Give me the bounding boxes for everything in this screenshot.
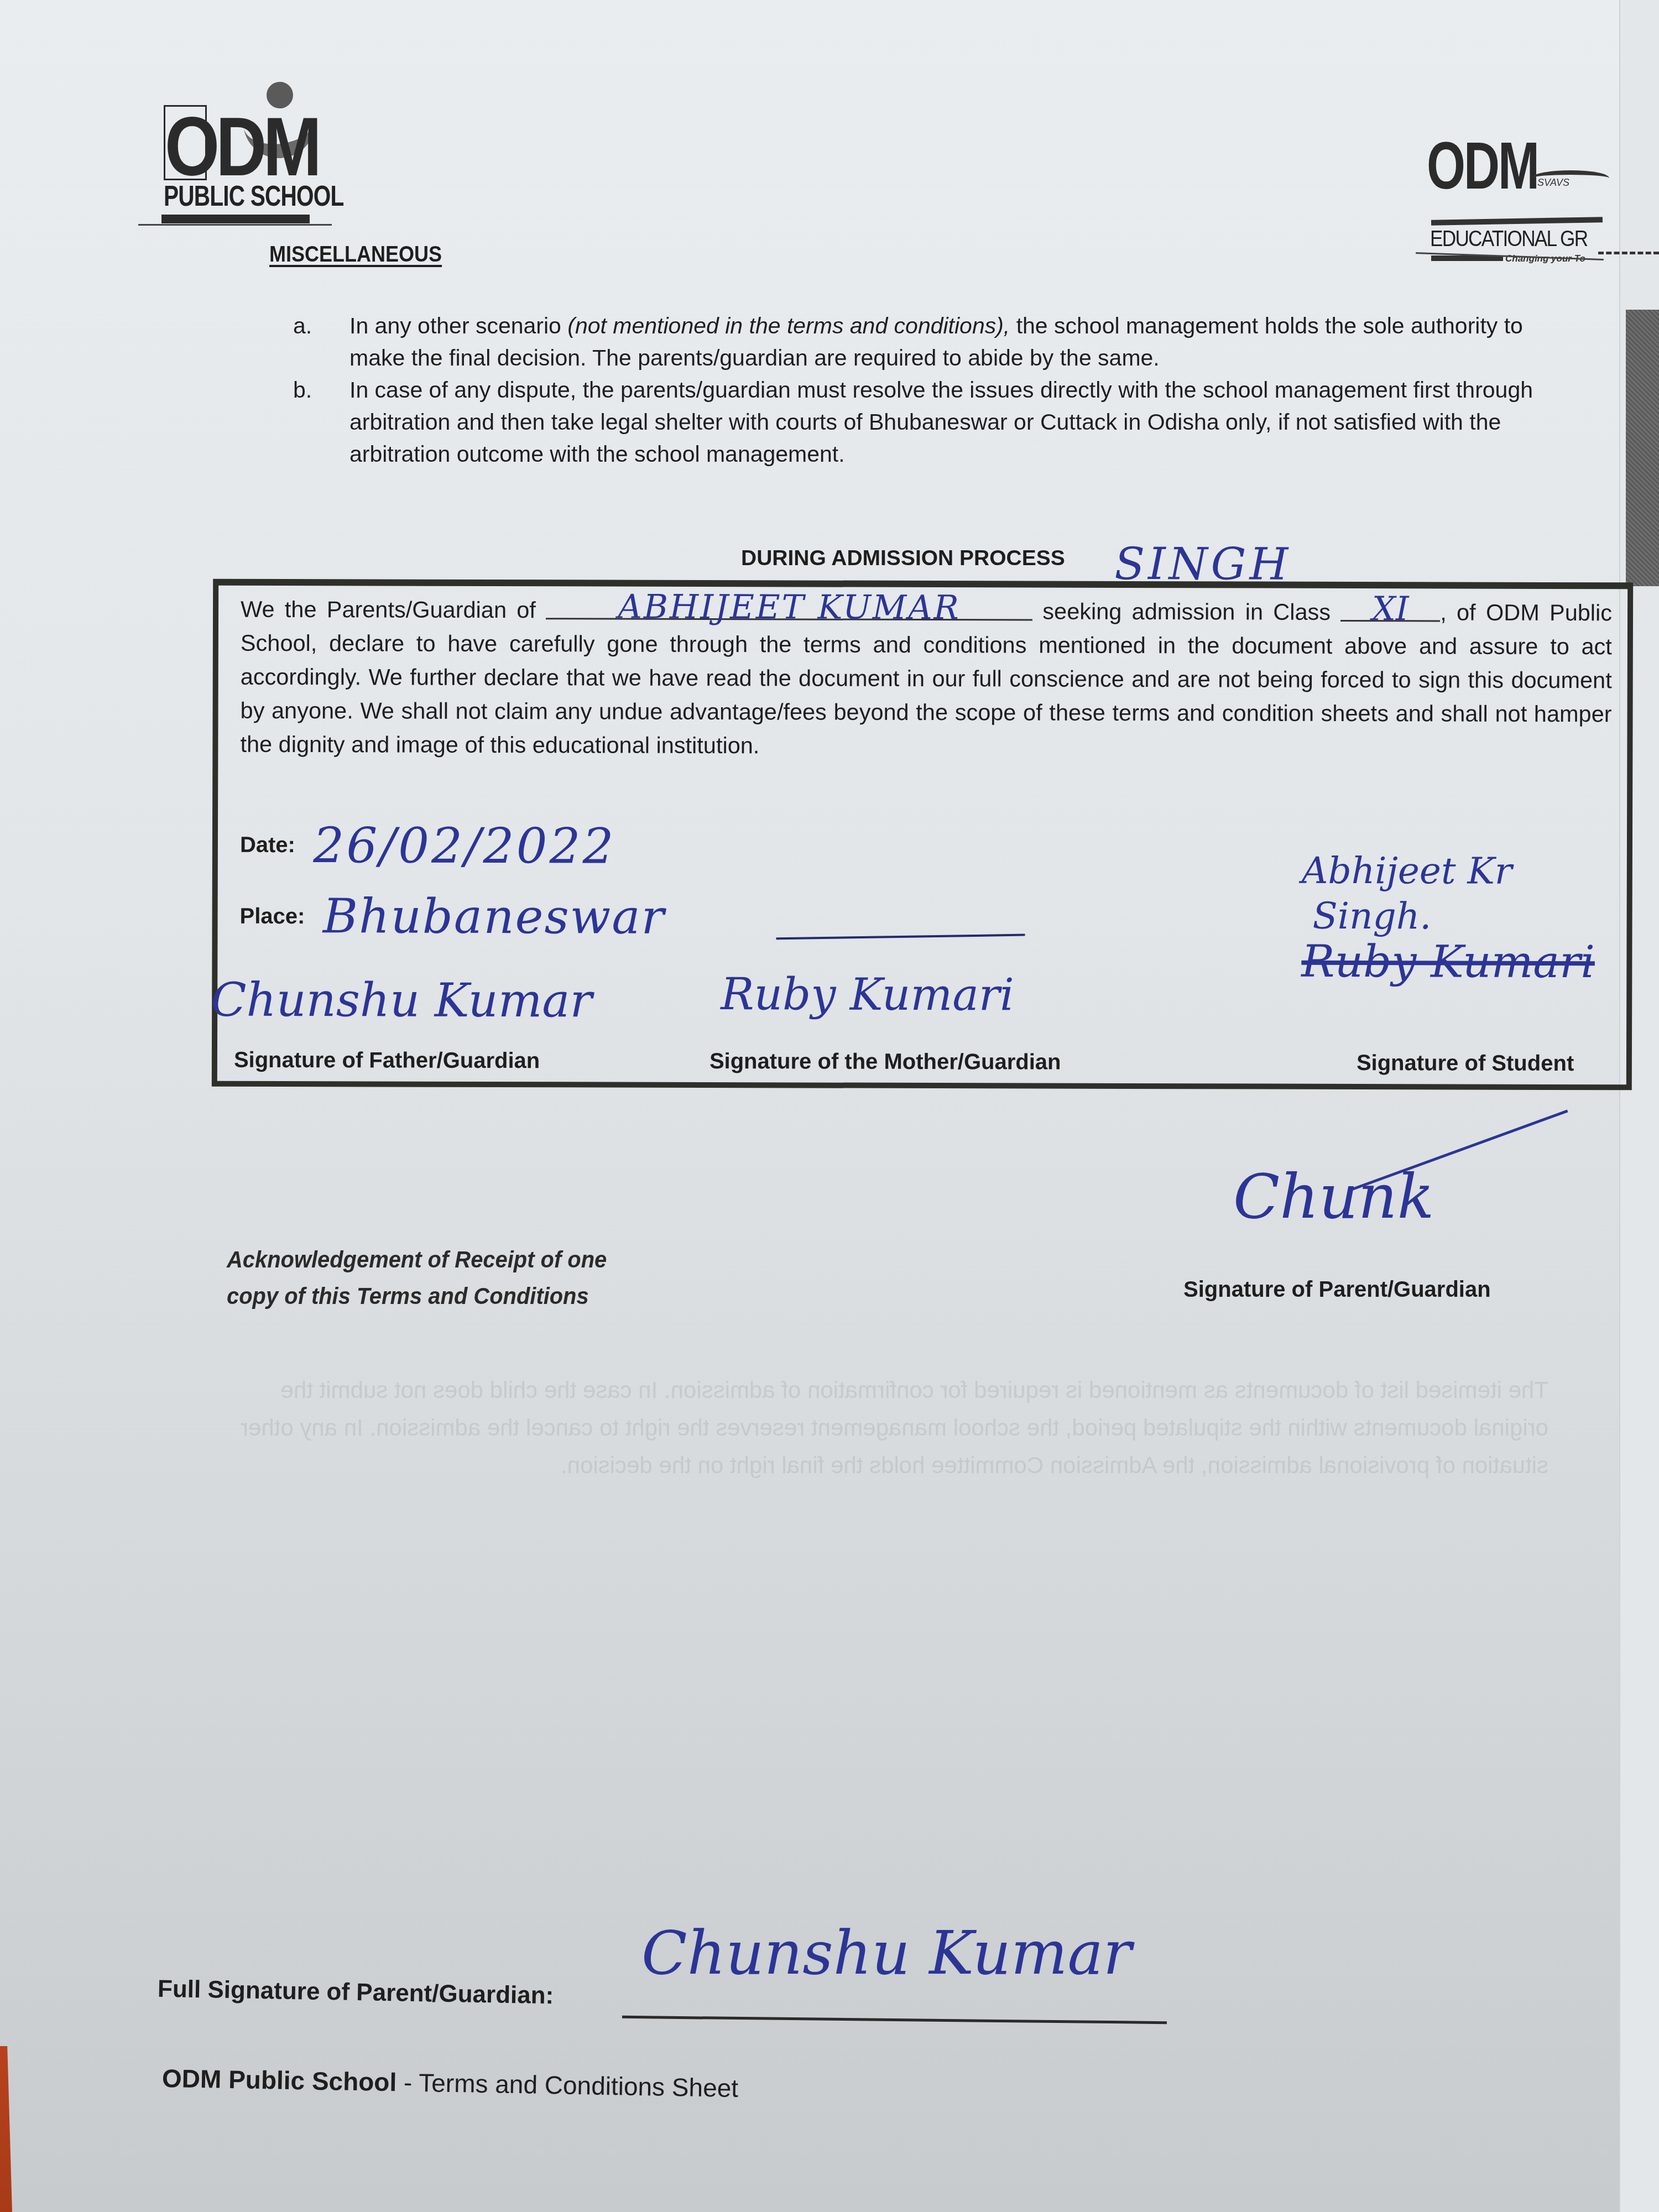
father-signature-caption: Signature of Father/Guardian: [234, 1048, 540, 1073]
place-field[interactable]: Bhubaneswar: [323, 889, 665, 945]
admission-declaration-box: SINGH We the Parents/Guardian of ABHIJEE…: [212, 579, 1633, 1091]
header-rule-left: [138, 224, 332, 226]
logo-mark: ODM: [165, 105, 318, 188]
section-title-admission: DURING ADMISSION PROCESS: [741, 546, 1065, 571]
list-item-text: In case of any dispute, the parents/guar…: [349, 374, 1576, 470]
place-label: Place:: [240, 904, 305, 928]
acknowledgement-text: Acknowledgement of Receipt of one copy o…: [227, 1241, 607, 1314]
place-row: Place: Bhubaneswar: [239, 889, 665, 945]
student-name-field[interactable]: ABHIJEET KUMAR: [546, 596, 1032, 620]
logo-mark: ODM: [1427, 133, 1538, 199]
declaration-text: We the Parents/Guardian of ABHIJEET KUMA…: [240, 592, 1612, 764]
list-item: a. In any other scenario (not mentioned …: [293, 310, 1576, 374]
father-signature[interactable]: Chunshu Kumar: [211, 973, 592, 1028]
student-name-extra: SINGH: [1114, 538, 1291, 590]
bleed-through-text: The itemised list of documents as mentio…: [221, 1371, 1548, 1484]
logo-subtitle: EDUCATIONAL GR: [1430, 227, 1587, 252]
dashed-line: [1598, 252, 1659, 254]
date-label: Date:: [240, 833, 295, 858]
mother-signature[interactable]: Ruby Kumari: [721, 968, 1014, 1020]
acknowledgement-signature[interactable]: Chunk: [1233, 1161, 1434, 1232]
struck-signature: Ruby Kumari: [1301, 939, 1595, 985]
signature-flourish: [1349, 1110, 1568, 1192]
full-signature-field[interactable]: Chunshu Kumar: [641, 1919, 1131, 1988]
full-signature-label: Full Signature of Parent/Guardian:: [158, 1975, 554, 2010]
odm-public-school-logo: ODM PUBLIC SCHOOL: [160, 66, 337, 227]
miscellaneous-list: a. In any other scenario (not mentioned …: [293, 310, 1576, 470]
odm-educational-group-logo: ODM SVAVS EDUCATIONAL GR Changing your T…: [1427, 133, 1604, 254]
date-field[interactable]: 26/02/2022: [313, 817, 615, 874]
logo-subtitle: PUBLIC SCHOOL: [164, 180, 344, 213]
logo-bar: [161, 215, 310, 223]
list-marker: a.: [293, 310, 349, 374]
logo-small-mark: SVAVS: [1537, 177, 1569, 189]
student-signature-caption: Signature of Student: [1357, 1051, 1574, 1076]
acknowledgement-signature-caption: Signature of Parent/Guardian: [1183, 1277, 1491, 1302]
photo-edge: [1626, 310, 1659, 586]
full-signature-line: [622, 2016, 1167, 2024]
date-row: Date: 26/02/2022: [240, 817, 616, 875]
section-title-miscellaneous: MISCELLANEOUS: [269, 242, 442, 267]
place-underline: [776, 934, 1025, 940]
class-field[interactable]: XI: [1340, 598, 1440, 622]
list-item-text: In any other scenario (not mentioned in …: [349, 310, 1576, 374]
list-marker: b.: [293, 374, 349, 470]
student-signature[interactable]: Abhijeet Kr Singh. Ruby Kumari: [1301, 848, 1595, 985]
logo-bar: [1431, 217, 1603, 225]
mother-signature-caption: Signature of the Mother/Guardian: [709, 1049, 1061, 1075]
footer-text: ODM Public School - Terms and Conditions…: [162, 2063, 739, 2103]
list-item: b. In case of any dispute, the parents/g…: [293, 374, 1576, 470]
background-orange-edge: [0, 2046, 12, 2212]
adjacent-page-edge: [1619, 0, 1659, 2212]
